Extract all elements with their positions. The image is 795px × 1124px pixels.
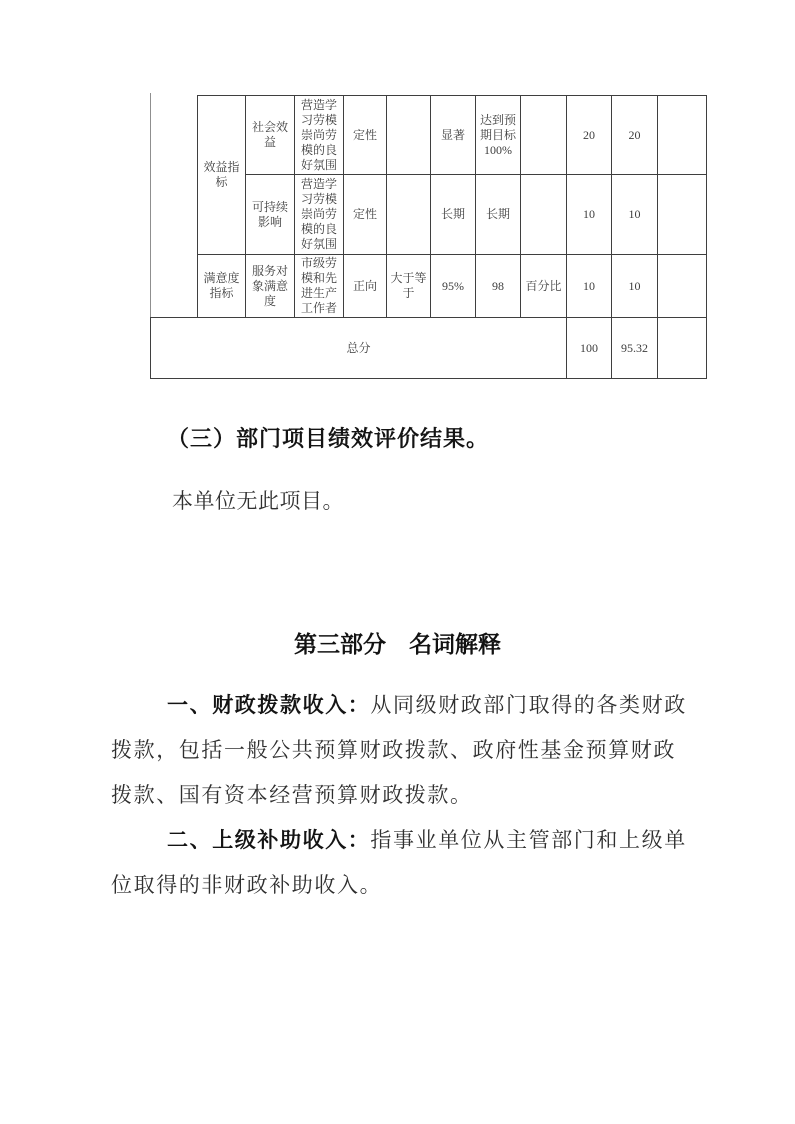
nature-cell: 正向 bbox=[344, 255, 387, 318]
full-score-cell: 10 bbox=[567, 255, 612, 318]
term-text: 指事业单位从主管部门和上级单 bbox=[370, 828, 686, 852]
remark-cell bbox=[658, 255, 707, 318]
operator-cell bbox=[387, 96, 431, 175]
indicator-detail-cell: 营造学习劳模崇尚劳模的良好氛围 bbox=[295, 96, 344, 175]
actual-value-cell: 98 bbox=[476, 255, 521, 318]
performance-table-wrap: 效益指标 社会效益 营造学习劳模崇尚劳模的良好氛围 定性 显著 达到预期目标10… bbox=[150, 95, 707, 379]
target-value-cell: 95% bbox=[431, 255, 476, 318]
indicator-detail-cell: 营造学习劳模崇尚劳模的良好氛围 bbox=[295, 175, 344, 255]
actual-value-cell: 达到预期目标100% bbox=[476, 96, 521, 175]
score-cell: 20 bbox=[612, 96, 658, 175]
table-row: 效益指标 社会效益 营造学习劳模崇尚劳模的良好氛围 定性 显著 达到预期目标10… bbox=[151, 96, 707, 175]
term-line: 二、上级补助收入：指事业单位从主管部门和上级单 bbox=[111, 818, 689, 863]
table-row: 满意度指标 服务对象满意度 市级劳模和先进生产工作者 正向 大于等于 95% 9… bbox=[151, 255, 707, 318]
total-label-cell: 总分 bbox=[151, 318, 567, 379]
total-remark-cell bbox=[658, 318, 707, 379]
full-score-cell: 20 bbox=[567, 96, 612, 175]
remark-cell bbox=[658, 175, 707, 255]
unit-cell: 百分比 bbox=[521, 255, 567, 318]
term-line: 位取得的非财政补助收入。 bbox=[111, 863, 689, 908]
total-full-score-cell: 100 bbox=[567, 318, 612, 379]
term-line: 拨款、国有资本经营预算财政拨款。 bbox=[111, 773, 689, 818]
performance-indicator-table: 效益指标 社会效益 营造学习劳模崇尚劳模的良好氛围 定性 显著 达到预期目标10… bbox=[150, 95, 707, 379]
indicator-name-cell: 可持续影响 bbox=[246, 175, 295, 255]
term-lead: 二、上级补助收入： bbox=[167, 829, 370, 852]
unit-cell bbox=[521, 175, 567, 255]
remark-cell bbox=[658, 96, 707, 175]
nature-cell: 定性 bbox=[344, 175, 387, 255]
term-lead: 一、财政拨款收入： bbox=[167, 694, 370, 717]
operator-cell bbox=[387, 175, 431, 255]
document-page: { "table": { "rows": [ { "group": "效益指标"… bbox=[0, 0, 795, 1124]
subsection-heading: （三）部门项目绩效评价结果。 bbox=[167, 422, 489, 453]
actual-value-cell: 长期 bbox=[476, 175, 521, 255]
target-value-cell: 长期 bbox=[431, 175, 476, 255]
score-cell: 10 bbox=[612, 255, 658, 318]
no-project-note: 本单位无此项目。 bbox=[172, 485, 344, 515]
indicator-name-cell: 服务对象满意度 bbox=[246, 255, 295, 318]
term-line: 一、财政拨款收入：从同级财政部门取得的各类财政 bbox=[111, 683, 689, 728]
indicator-category-cell: 满意度指标 bbox=[198, 255, 246, 318]
nature-cell: 定性 bbox=[344, 96, 387, 175]
indicator-detail-cell: 市级劳模和先进生产工作者 bbox=[295, 255, 344, 318]
glossary-paragraphs: 一、财政拨款收入：从同级财政部门取得的各类财政 拨款，包括一般公共预算财政拨款、… bbox=[111, 683, 689, 908]
target-value-cell: 显著 bbox=[431, 96, 476, 175]
term-text: 从同级财政部门取得的各类财政 bbox=[370, 693, 686, 717]
full-score-cell: 10 bbox=[567, 175, 612, 255]
unit-cell bbox=[521, 96, 567, 175]
term-line: 拨款，包括一般公共预算财政拨款、政府性基金预算财政 bbox=[111, 728, 689, 773]
continued-empty-cell bbox=[151, 96, 198, 318]
score-cell: 10 bbox=[612, 175, 658, 255]
indicator-category-cell: 效益指标 bbox=[198, 96, 246, 255]
operator-cell: 大于等于 bbox=[387, 255, 431, 318]
total-score-cell: 95.32 bbox=[612, 318, 658, 379]
indicator-name-cell: 社会效益 bbox=[246, 96, 295, 175]
part-heading: 第三部分 名词解释 bbox=[111, 626, 684, 659]
total-row: 总分 100 95.32 bbox=[151, 318, 707, 379]
